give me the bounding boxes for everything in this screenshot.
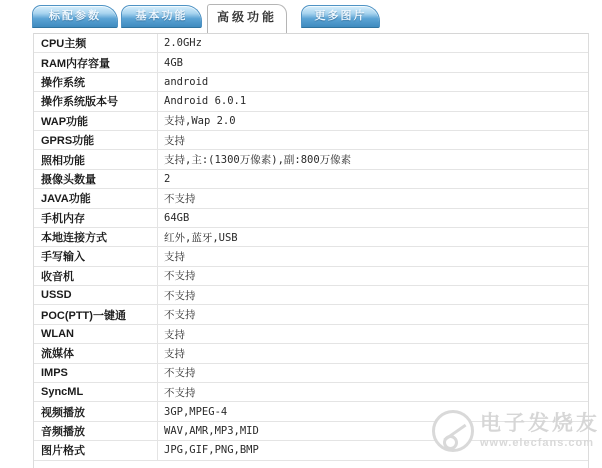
spec-label: 手机内存 <box>34 209 158 227</box>
tab-standard-params[interactable]: 标配参数 <box>32 5 118 28</box>
spec-value: 不支持 <box>158 267 588 285</box>
spec-value: android <box>158 73 588 91</box>
table-row: 照相功能支持,主:(1300万像素),副:800万像素 <box>34 150 588 169</box>
table-row: GPRS功能支持 <box>34 131 588 150</box>
spec-value: 红外,蓝牙,USB <box>158 228 588 246</box>
spec-label: 本地连接方式 <box>34 228 158 246</box>
spec-label: WAP功能 <box>34 112 158 130</box>
spec-value: JPG,GIF,PNG,BMP <box>158 441 588 459</box>
table-row: 收音机不支持 <box>34 267 588 286</box>
table-row: CPU主频2.0GHz <box>34 34 588 53</box>
table-row: 手机内存64GB <box>34 209 588 228</box>
table-row: POC(PTT)一键通不支持 <box>34 305 588 324</box>
spec-label: 音频播放 <box>34 422 158 440</box>
spec-label: JAVA功能 <box>34 189 158 207</box>
spec-value: 4GB <box>158 53 588 71</box>
spec-label: 摄像头数量 <box>34 170 158 188</box>
table-row: 手写输入支持 <box>34 247 588 266</box>
spec-value: 支持,主:(1300万像素),副:800万像素 <box>158 150 588 168</box>
spec-value: 不支持 <box>158 364 588 382</box>
table-row: SyncML不支持 <box>34 383 588 402</box>
table-row: 视频播放3GP,MPEG-4 <box>34 402 588 421</box>
table-row: USSD不支持 <box>34 286 588 305</box>
spec-label: 视频播放 <box>34 402 158 420</box>
table-row: 图片格式JPG,GIF,PNG,BMP <box>34 441 588 460</box>
table-row: 流媒体支持 <box>34 344 588 363</box>
spec-value: WAV,AMR,MP3,MID <box>158 422 588 440</box>
spec-value: 不支持 <box>158 286 588 304</box>
spec-label: POC(PTT)一键通 <box>34 305 158 323</box>
table-row: IMPS不支持 <box>34 364 588 383</box>
spec-label: USSD <box>34 286 158 304</box>
spec-value: 支持 <box>158 344 588 362</box>
spec-value: 2.0GHz <box>158 34 588 52</box>
spec-value: 不支持 <box>158 383 588 401</box>
tenaa-spec-page: 标配参数 基本功能 高级功能 更多图片 CPU主频2.0GHzRAM内存容量4G… <box>0 0 602 468</box>
table-row: JAVA功能不支持 <box>34 189 588 208</box>
table-row: 操作系统android <box>34 73 588 92</box>
spec-value: 3GP,MPEG-4 <box>158 402 588 420</box>
spec-value: 不支持 <box>158 305 588 323</box>
tab-basic-functions[interactable]: 基本功能 <box>121 5 202 28</box>
tab-more-images[interactable]: 更多图片 <box>301 5 380 28</box>
spec-label: 图片格式 <box>34 441 158 459</box>
table-row: WAP功能支持,Wap 2.0 <box>34 112 588 131</box>
spec-label: 收音机 <box>34 267 158 285</box>
spec-value: 支持,Wap 2.0 <box>158 112 588 130</box>
spec-label: RAM内存容量 <box>34 53 158 71</box>
table-row: 摄像头数量2 <box>34 170 588 189</box>
spec-value: Android 6.0.1 <box>158 92 588 110</box>
spec-label: 操作系统版本号 <box>34 92 158 110</box>
table-row: 操作系统版本号Android 6.0.1 <box>34 92 588 111</box>
spec-label: 手写输入 <box>34 247 158 265</box>
table-row: RAM内存容量4GB <box>34 53 588 72</box>
table-row: 本地连接方式红外,蓝牙,USB <box>34 228 588 247</box>
spec-label: IMPS <box>34 364 158 382</box>
spec-label: CPU主频 <box>34 34 158 52</box>
table-row: WLAN支持 <box>34 325 588 344</box>
spec-value: 支持 <box>158 325 588 343</box>
spec-value: 支持 <box>158 247 588 265</box>
tab-advanced-functions[interactable]: 高级功能 <box>207 4 287 33</box>
spec-value: 不支持 <box>158 189 588 207</box>
spec-label: 流媒体 <box>34 344 158 362</box>
spec-label: SyncML <box>34 383 158 401</box>
spec-label: WLAN <box>34 325 158 343</box>
spec-label: GPRS功能 <box>34 131 158 149</box>
table-row: 音频播放WAV,AMR,MP3,MID <box>34 422 588 441</box>
spec-value: 支持 <box>158 131 588 149</box>
spec-label: 照相功能 <box>34 150 158 168</box>
spec-table: CPU主频2.0GHzRAM内存容量4GB操作系统android操作系统版本号A… <box>33 33 589 468</box>
spec-value: 64GB <box>158 209 588 227</box>
spec-value: 2 <box>158 170 588 188</box>
spec-label: 操作系统 <box>34 73 158 91</box>
tab-bar: 标配参数 基本功能 高级功能 更多图片 <box>0 0 602 33</box>
